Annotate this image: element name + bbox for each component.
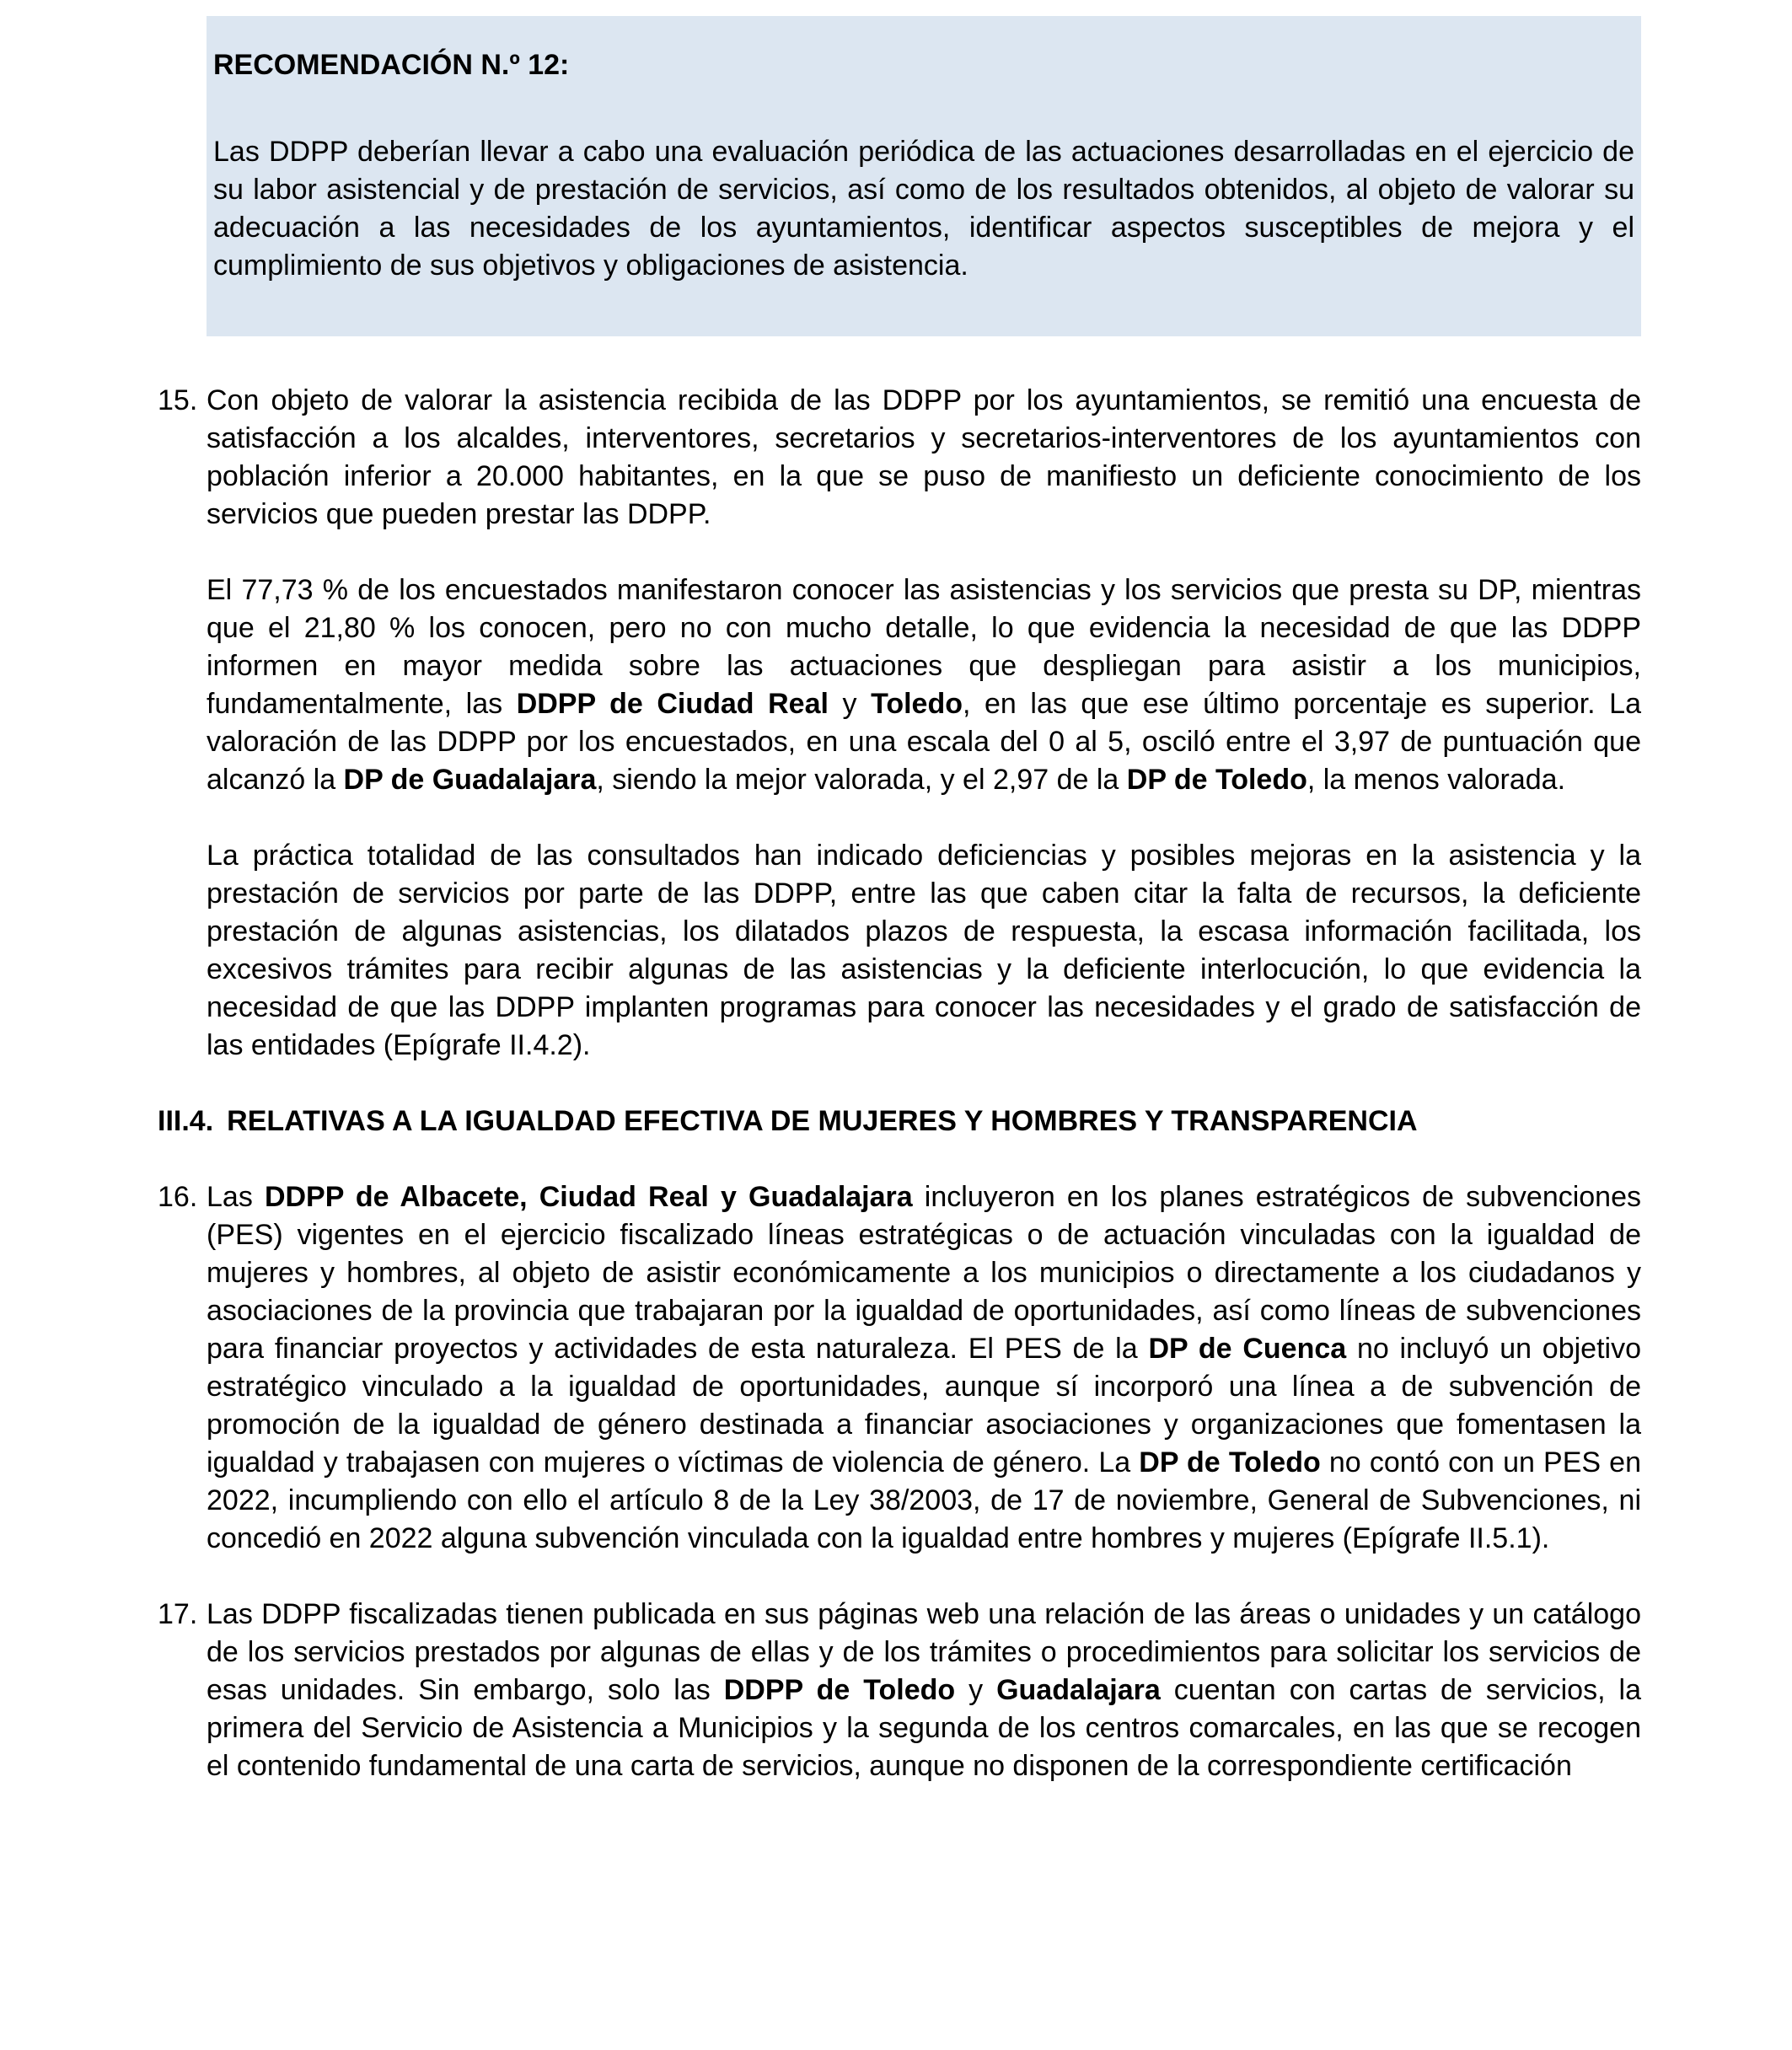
bold-text-segment: DDPP de Ciudad Real	[517, 688, 829, 720]
bold-text-segment: Guadalajara	[996, 1674, 1161, 1706]
bold-text-segment: DP de Cuenca	[1148, 1333, 1346, 1365]
section-heading: III.4.RELATIVAS A LA IGUALDAD EFECTIVA D…	[158, 1103, 1641, 1140]
paragraph-number: 17.	[158, 1596, 207, 1634]
numbered-paragraph: 16.Las DDPP de Albacete, Ciudad Real y G…	[158, 1178, 1641, 1558]
text-segment: RELATIVAS A LA IGUALDAD EFECTIVA DE MUJE…	[227, 1105, 1417, 1137]
bold-text-segment: DP de Guadalajara	[344, 764, 597, 796]
paragraph-number: 15.	[158, 382, 207, 420]
recommendation-body: Las DDPP deberían llevar a cabo una eval…	[213, 133, 1634, 285]
recommendation-title: RECOMENDACIÓN N.º 12:	[213, 46, 1634, 84]
continuation-paragraph: El 77,73 % de los encuestados manifestar…	[207, 572, 1641, 799]
document-page: RECOMENDACIÓN N.º 12: Las DDPP deberían …	[0, 0, 1792, 2050]
text-segment: y	[829, 688, 871, 720]
text-segment: y	[955, 1674, 996, 1706]
bold-text-segment: Toledo	[871, 688, 963, 720]
paragraph-list: 15.Con objeto de valorar la asistencia r…	[158, 382, 1641, 1785]
text-segment: , la menos valorada.	[1307, 764, 1565, 796]
bold-text-segment: DP de Toledo	[1139, 1446, 1320, 1478]
numbered-paragraph: 17.Las DDPP fiscalizadas tienen publicad…	[158, 1596, 1641, 1785]
continuation-paragraph: La práctica totalidad de las consultados…	[207, 837, 1641, 1065]
bold-text-segment: DDPP de Albacete, Ciudad Real y Guadalaj…	[265, 1181, 913, 1213]
text-segment: Las	[207, 1181, 265, 1213]
text-segment: Con objeto de valorar la asistencia reci…	[207, 384, 1641, 530]
text-segment: La práctica totalidad de las consultados…	[207, 840, 1641, 1061]
bold-text-segment: DP de Toledo	[1127, 764, 1307, 796]
text-segment: , siendo la mejor valorada, y el 2,97 de…	[596, 764, 1126, 796]
bold-text-segment: DDPP de Toledo	[724, 1674, 955, 1706]
numbered-paragraph: 15.Con objeto de valorar la asistencia r…	[158, 382, 1641, 534]
paragraph-number: 16.	[158, 1178, 207, 1216]
recommendation-box: RECOMENDACIÓN N.º 12: Las DDPP deberían …	[207, 16, 1641, 336]
section-number: III.4.	[158, 1103, 227, 1140]
